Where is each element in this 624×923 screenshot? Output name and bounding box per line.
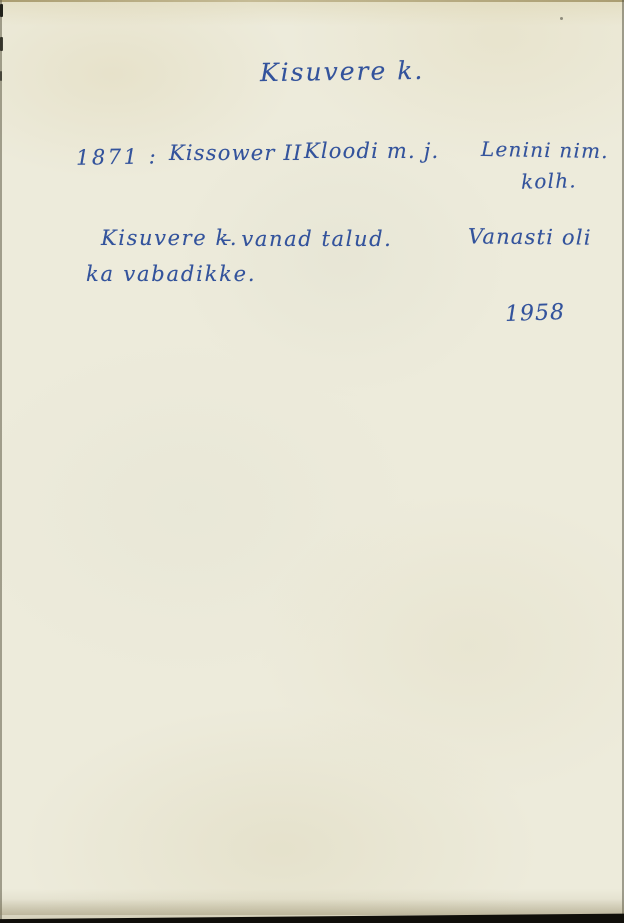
page-title: Kisuvere k. — [260, 56, 425, 87]
scan-bottom-shadow — [0, 899, 624, 915]
scan-edge-top — [0, 0, 624, 2]
entry-historic-name: Kissower II — [169, 141, 303, 165]
entry-kolkhoz-line1: Lenini nim. — [481, 137, 609, 163]
scan-edge-left — [0, 0, 2, 923]
entry-kolkhoz-line2: kolh. — [521, 168, 577, 193]
entry-manor: Kloodi m. j. — [304, 139, 439, 163]
scan-dust-speck — [560, 17, 563, 20]
scanned-page: Kisuvere k. 1871 : Kissower II Kloodi m.… — [0, 0, 624, 923]
note-line2: ka vabadikke. — [86, 262, 256, 286]
record-year: 1958 — [505, 300, 566, 327]
scan-edge-speck — [0, 71, 2, 81]
note-line1-part2: – vanad talud. — [221, 227, 392, 251]
scan-edge-speck — [0, 4, 3, 17]
entry-year: 1871 : — [76, 144, 159, 169]
note-line1-part1: Kisuvere k. — [101, 226, 238, 250]
note-line1-part3: Vanasti oli — [468, 224, 592, 249]
scan-edge-speck — [0, 37, 3, 51]
